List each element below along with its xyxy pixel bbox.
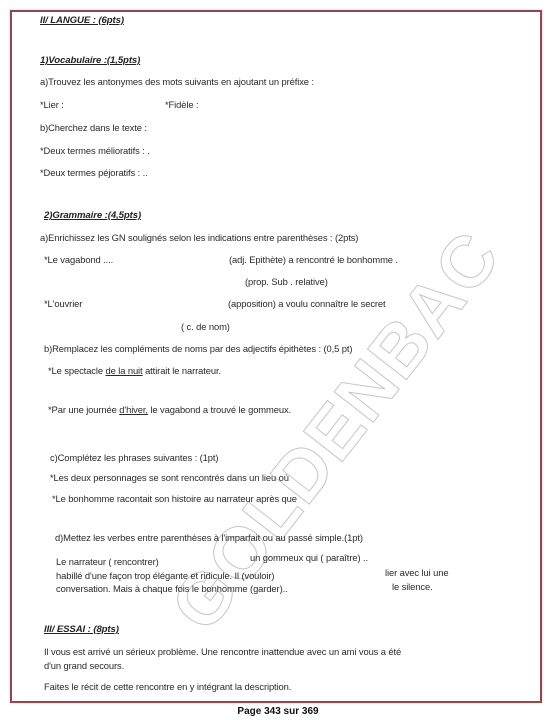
grammar-c-item: *Les deux personnages se sont rencontrés… [50, 472, 289, 483]
vocab-question-a: a)Trouvez les antonymes des mots suivant… [40, 76, 314, 87]
grammaire-title: 2)Grammaire :(4,5pts) [44, 210, 141, 221]
section-essai-title: III/ ESSAI : (8pts) [44, 624, 119, 635]
vocab-item-fidele: *Fidèle : [165, 99, 199, 110]
grammar-d-line: Le narrateur ( rencontrer) [56, 556, 159, 567]
vocab-item-lier: *Lier : [40, 99, 64, 110]
grammar-a-line: *Le vagabond .... [44, 254, 113, 265]
vocabulaire-title: 1)Vocabulaire :(1,5pts) [40, 55, 140, 66]
essai-prompt-line-1: Il vous est arrivé un sérieux problème. … [44, 646, 401, 657]
essai-prompt-line-2: d'un grand secours. [44, 660, 124, 671]
grammar-c-item: *Le bonhomme racontait son histoire au n… [52, 493, 297, 504]
vocab-question-b: b)Cherchez dans le texte : [40, 122, 147, 133]
grammar-d-line: un gommeux qui ( paraître) .. [250, 552, 368, 563]
grammar-a-line: ( c. de nom) [181, 321, 230, 332]
grammar-a-line: (prop. Sub . relative) [245, 276, 328, 287]
grammar-question-c: c)Complétez les phrases suivantes : (1pt… [50, 452, 218, 463]
page-number: Page 343 sur 369 [0, 706, 556, 717]
grammar-b-sentence-2: *Par une journée d'hiver, le vagabond a … [48, 404, 291, 415]
grammar-a-line: *L'ouvrier [44, 298, 82, 309]
grammar-b-sentence-1: *Le spectacle de la nuit attirait le nar… [48, 365, 221, 376]
page-border [10, 10, 542, 703]
grammar-question-d: d)Mettez les verbes entre parenthèses à … [55, 532, 363, 543]
grammar-d-line: le silence. [392, 581, 433, 592]
grammar-a-line: (adj. Epithète) a rencontré le bonhomme … [229, 254, 398, 265]
grammar-d-line: lier avec lui une [385, 567, 448, 578]
grammar-d-line: conversation. Mais à chaque fois le bonh… [56, 583, 288, 594]
essai-prompt-line-3: Faites le récit de cette rencontre en y … [44, 681, 291, 692]
grammar-d-line: habillé d'une façon trop élégante et rid… [56, 570, 274, 581]
grammar-question-b: b)Remplacez les compléments de noms par … [44, 343, 352, 354]
vocab-item-melioratifs: *Deux termes mélioratifs : . [40, 145, 150, 156]
grammar-a-line: (apposition) a voulu connaître le secret [228, 298, 386, 309]
vocab-item-pejoratifs: *Deux termes péjoratifs : .. [40, 167, 148, 178]
grammar-question-a: a)Enrichissez les GN soulignés selon les… [40, 232, 358, 243]
section-langue-title: II/ LANGUE : (6pts) [40, 15, 124, 26]
